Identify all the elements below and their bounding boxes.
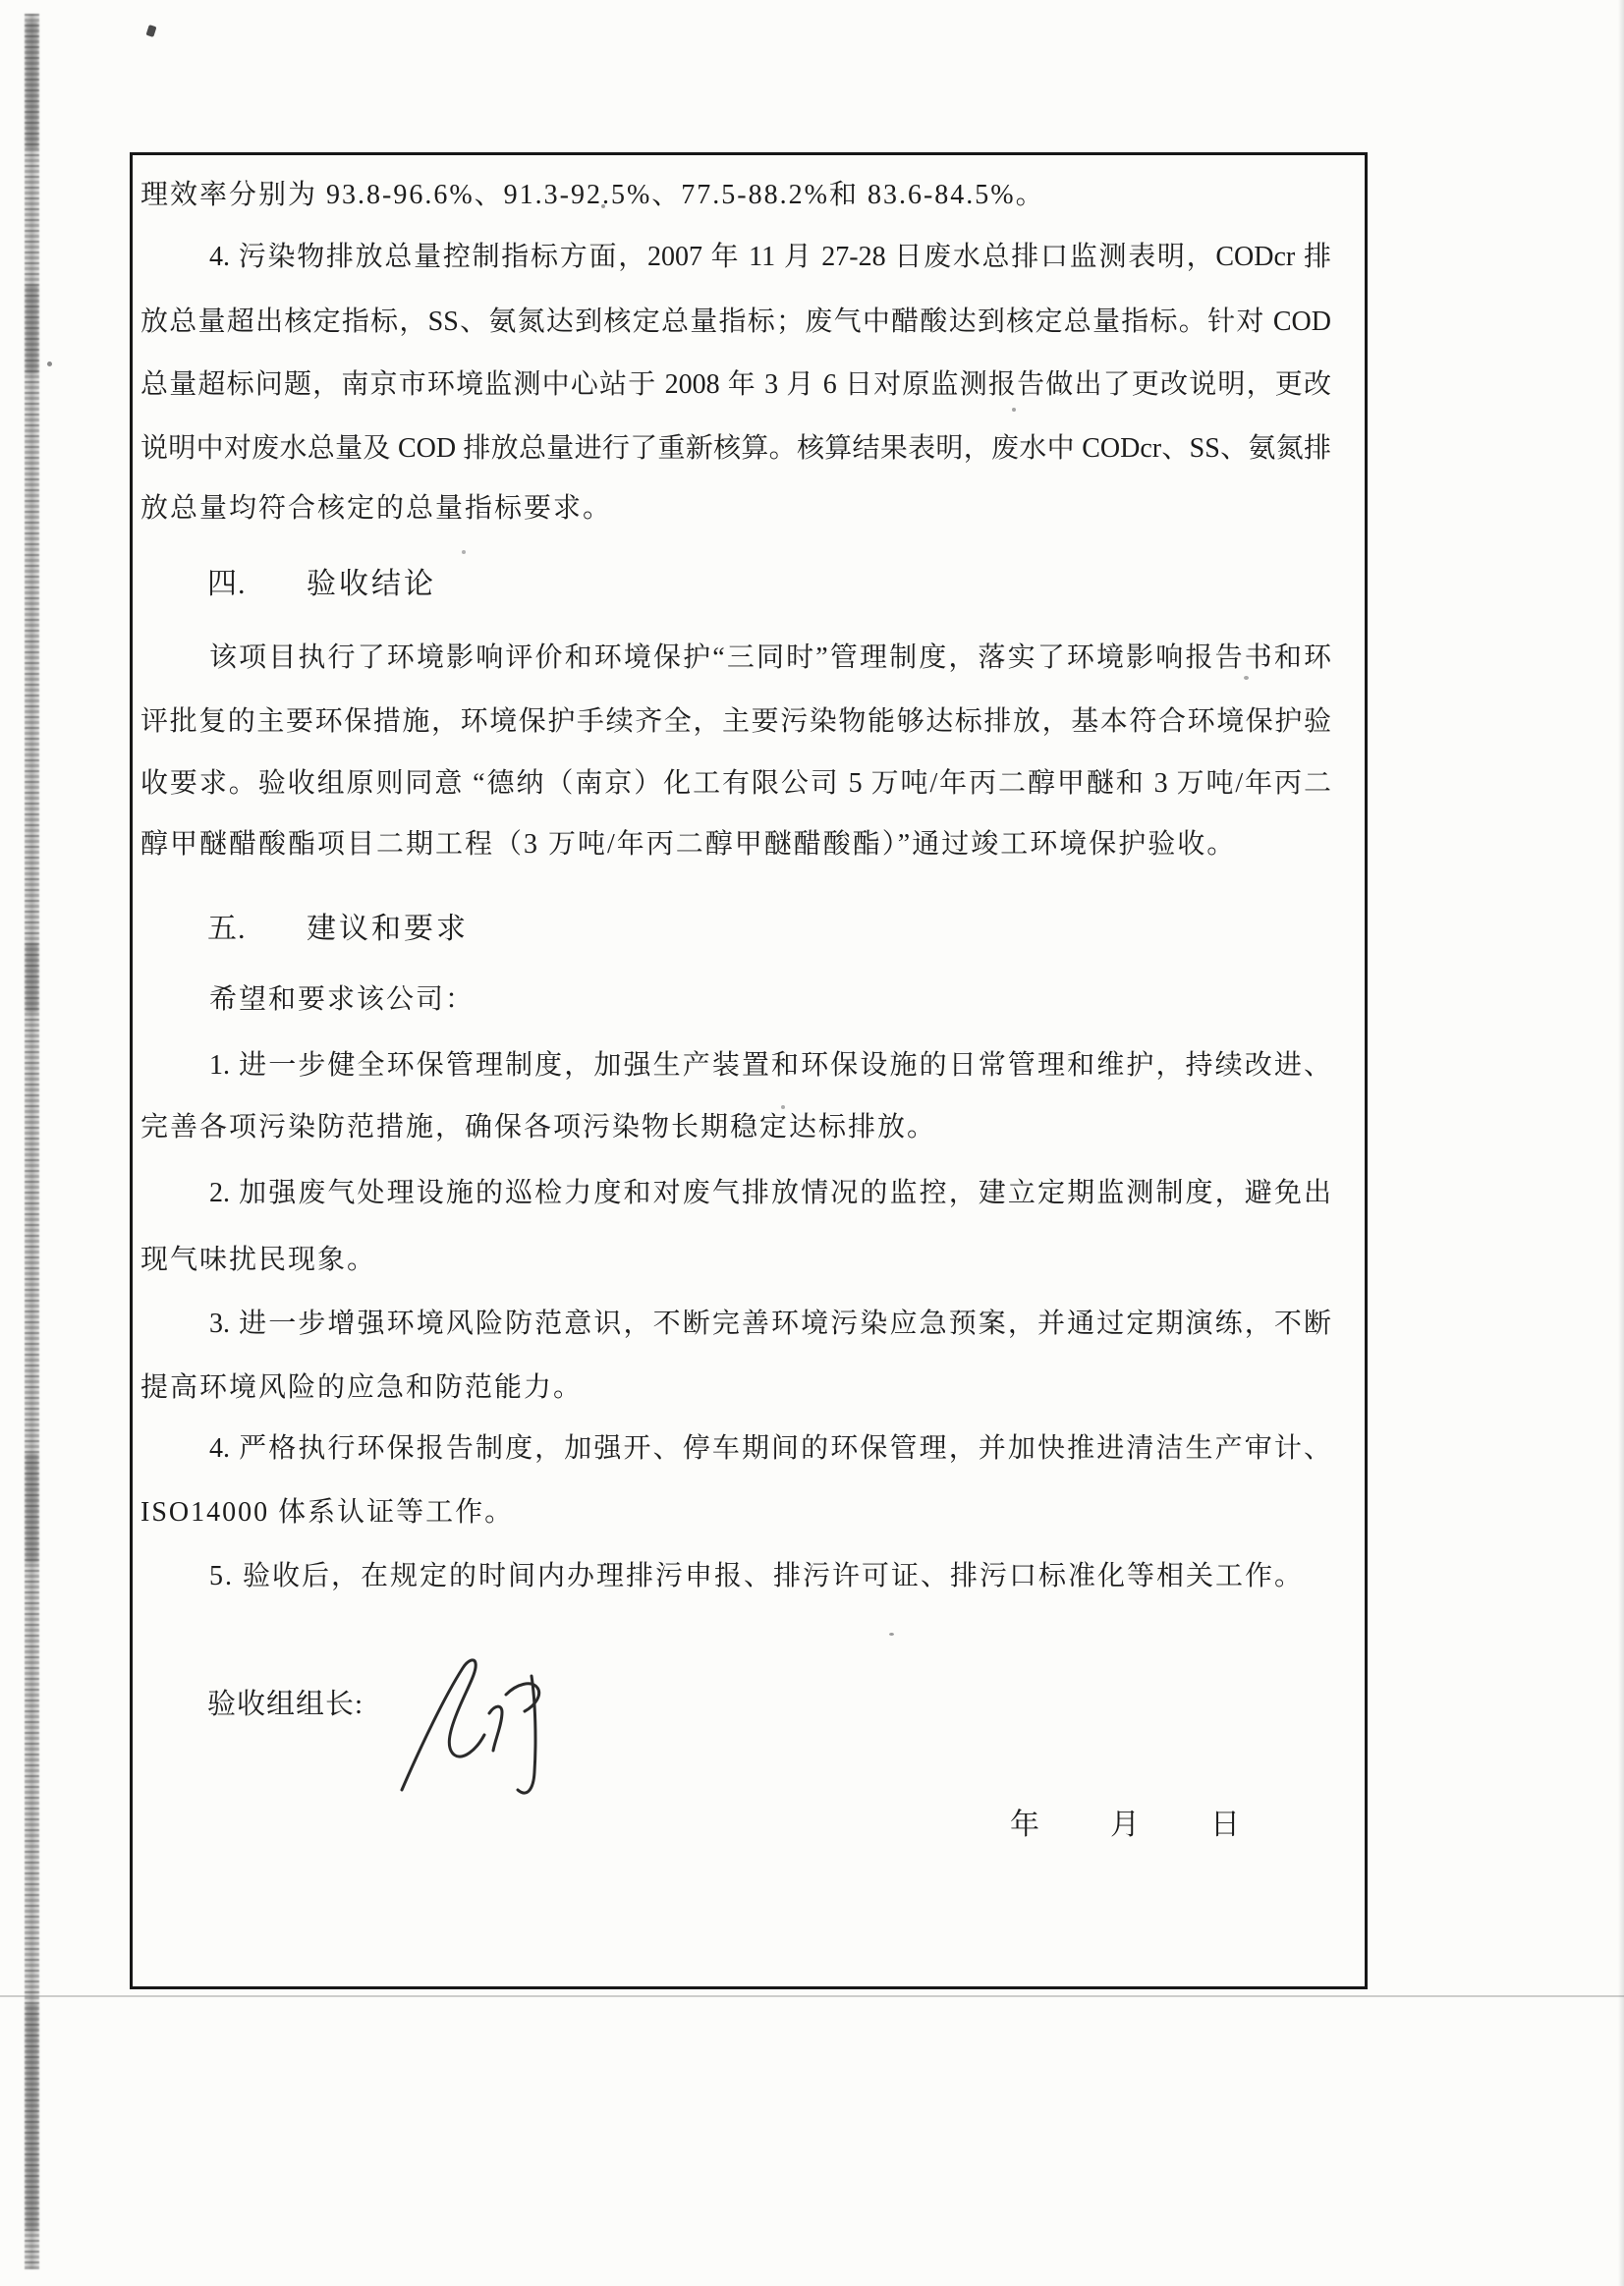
document-line: 希望和要求该公司： [140, 980, 1331, 1020]
scanned-document-page: 理效率分别为 93.8-96.6%、91.3-92.5%、77.5-88.2%和… [0, 0, 1624, 2286]
scan-speck [601, 204, 605, 208]
scan-speck [462, 550, 466, 554]
signature-handwriting [388, 1650, 555, 1817]
document-line: 理效率分别为 93.8-96.6%、91.3-92.5%、77.5-88.2%和… [140, 176, 1331, 215]
document-line: 2. 加强废气处理设施的巡检力度和对废气排放情况的监控，建立定期监测制度，避免出 [140, 1174, 1331, 1213]
section-number: 五. [207, 909, 247, 950]
scan-speck [889, 1633, 894, 1636]
section-title: 验收结论 [307, 564, 436, 605]
scan-speck [145, 25, 156, 37]
document-line: 完善各项污染防范措施，确保各项污染物长期稳定达标排放。 [140, 1108, 1331, 1147]
document-line: 该项目执行了环境影响评价和环境保护“三同时”管理制度，落实了环境影响报告书和环 [140, 639, 1331, 678]
date-line: 年月日 [1010, 1806, 1240, 1845]
document-line: 评批复的主要环保措施，环境保护手续齐全，主要污染物能够达标排放，基本符合环境保护… [140, 702, 1331, 742]
scan-right-edge [1618, 0, 1624, 2286]
signature-label: 验收组组长: [207, 1683, 364, 1726]
section-heading-4: 四. 验收结论 [140, 564, 1331, 605]
scan-edge-blob [26, 943, 38, 1012]
document-line: 放总量超出核定指标，SS、氨氮达到核定总量指标；废气中醋酸达到核定总量指标。针对… [140, 303, 1331, 342]
date-year-label: 年 [1010, 1806, 1039, 1845]
scan-edge-blob [26, 285, 38, 373]
document-line: 说明中对废水总量及 COD 排放总量进行了重新核算。核算结果表明，废水中 COD… [140, 429, 1331, 469]
document-line: 提高环境风险的应急和防范能力。 [140, 1368, 1331, 1408]
section-heading-5: 五. 建议和要求 [140, 909, 1331, 950]
signature-row: 验收组组长: [140, 1683, 1331, 1726]
date-month-label: 月 [1110, 1806, 1140, 1845]
document-line: 4. 污染物排放总量控制指标方面，2007 年 11 月 27-28 日废水总排… [140, 238, 1331, 277]
document-line: ISO14000 体系认证等工作。 [140, 1493, 1331, 1533]
scan-speck [1244, 676, 1249, 680]
document-line: 醇甲醚醋酸酯项目二期工程（3 万吨/年丙二醇甲醚醋酸酯）”通过竣工环境保护验收。 [140, 825, 1331, 864]
document-line: 放总量均符合核定的总量指标要求。 [140, 489, 1331, 529]
document-line: 3. 进一步增强环境风险防范意识，不断完善环境污染应急预案，并通过定期演练，不断 [140, 1305, 1331, 1344]
document-line: 总量超标问题，南京市环境监测中心站于 2008 年 3 月 6 日对原监测报告做… [140, 365, 1331, 405]
document-line: 4. 严格执行环保报告制度，加强开、停车期间的环保管理，并加快推进清洁生产审计、 [140, 1429, 1331, 1469]
scan-speck [781, 1105, 785, 1109]
scan-edge-blob [26, 2004, 38, 2230]
section-title: 建议和要求 [307, 909, 469, 950]
scan-horizontal-artifact [0, 1995, 1624, 1997]
scan-speck [1012, 408, 1016, 412]
scan-edge-blob [26, 22, 38, 149]
section-number: 四. [207, 564, 247, 605]
scan-speck [47, 362, 52, 366]
document-line: 收要求。验收组原则同意 “德纳（南京）化工有限公司 5 万吨/年丙二醇甲醚和 3… [140, 764, 1331, 804]
document-line: 5. 验收后，在规定的时间内办理排污申报、排污许可证、排污口标准化等相关工作。 [140, 1557, 1331, 1596]
document-line: 现气味扰民现象。 [140, 1241, 1331, 1280]
date-day-label: 日 [1210, 1806, 1240, 1845]
scan-edge-blob [26, 1454, 38, 1562]
document-line: 1. 进一步健全环保管理制度，加强生产装置和环保设施的日常管理和维护，持续改进、 [140, 1046, 1331, 1086]
